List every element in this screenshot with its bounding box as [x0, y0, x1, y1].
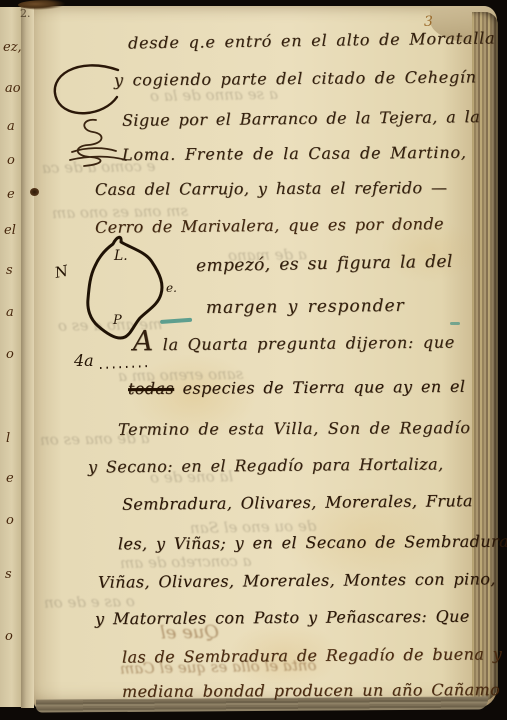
manuscript-line: y Matorrales con Pasto y Peñascares: Que [95, 607, 470, 629]
facing-fragment: a [6, 305, 14, 320]
binding-gutter [21, 6, 34, 708]
facing-fragment: ao [5, 81, 21, 96]
facing-fragment: el [4, 223, 16, 238]
facing-page-strip: ez, ao a o e el s a o l e o s o [0, 7, 21, 707]
manuscript-line: les, y Viñas; y en el Secano de Sembradu… [118, 532, 507, 554]
facing-fragment: s [6, 263, 13, 278]
manuscript-line: A la Quarta pregunta dijeron: que [133, 333, 455, 355]
facing-fragment: e [6, 471, 14, 486]
ink-blot [30, 188, 39, 196]
manuscript-photo: ez, ao a o e el s a o l e o s o 2. 3 a s… [0, 0, 507, 720]
facing-fragment: l [6, 431, 10, 446]
manuscript-line: mediana bondad producen un año Cañamo [122, 680, 500, 701]
manuscript-line: las de Sembradura de Regadío de buena y [122, 644, 502, 666]
facing-fragment: o [7, 153, 15, 168]
manuscript-line: Casa del Carrujo, y hasta el referido — [95, 178, 448, 199]
manuscript-line: Sembradura, Olivares, Morerales, Fruta [122, 491, 473, 514]
bleedthrough-line: a concreto de am [120, 552, 252, 572]
manuscript-line: Sigue por el Barranco de la Tejera, a la [122, 107, 480, 130]
facing-fragment: o [5, 629, 13, 644]
facing-fragment: o [6, 513, 14, 528]
manuscript-line: Viñas, Olivares, Morerales, Montes con p… [98, 569, 496, 591]
verso-corner-note: 2. [20, 7, 31, 20]
manuscript-line: especies de Tierra que ay en el [174, 377, 465, 398]
facing-fragment: o [6, 347, 14, 362]
manuscript-line: Loma. Frente de la Casa de Martino, [122, 143, 467, 164]
folio-number: 3 [424, 14, 433, 30]
manuscript-line: y Secano: en el Regadío para Hortaliza, [88, 454, 444, 476]
facing-fragment: ez, [3, 40, 22, 55]
manuscript-line: Cerro de Marivalera, que es por donde [95, 214, 444, 237]
facing-fragment: e [7, 187, 15, 202]
facing-fragment: a [7, 119, 15, 134]
facing-fragment: s [5, 567, 12, 582]
manuscript-line: y cogiendo parte del citado de Cehegín [114, 67, 477, 89]
manuscript-line: Termino de esta Villa, Son de Regadío [118, 418, 471, 439]
struck-word: todas [128, 379, 174, 398]
manuscript-line: margen y responder [206, 296, 405, 318]
